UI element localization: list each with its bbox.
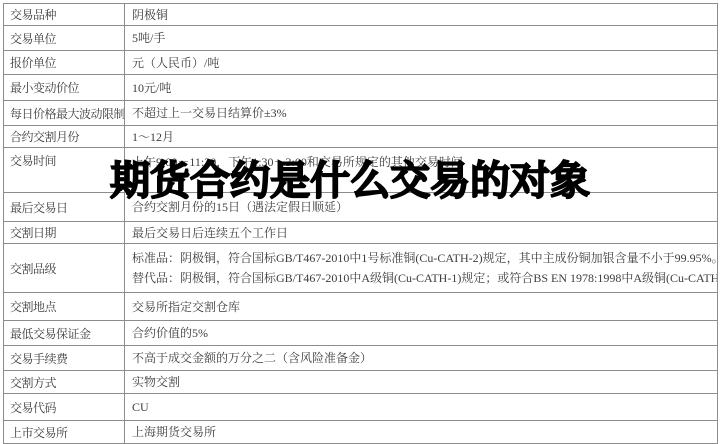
table-row: 每日价格最大波动限制不超过上一交易日结算价±3% xyxy=(4,101,718,126)
table-row: 交割方式实物交割 xyxy=(4,371,718,394)
spec-label: 交易时间 xyxy=(4,148,125,193)
table-row: 合约交割月份1～12月 xyxy=(4,126,718,148)
spec-value-line: 5吨/手 xyxy=(132,28,717,48)
spec-value-line: CU xyxy=(132,397,717,417)
spec-value: 上海期货交易所 xyxy=(125,421,718,444)
spec-value-line: 不超过上一交易日结算价±3% xyxy=(132,103,717,123)
spec-value: 实物交割 xyxy=(125,371,718,394)
table-row: 交易手续费不高于成交金额的万分之二（含风险准备金） xyxy=(4,346,718,371)
spec-value: 合约价值的5% xyxy=(125,321,718,346)
spec-label: 交割品级 xyxy=(4,244,125,293)
spec-label: 最小变动价位 xyxy=(4,75,125,101)
spec-label: 最后交易日 xyxy=(4,193,125,222)
table-row: 交易代码CU xyxy=(4,394,718,421)
spec-value-line: 不高于成交金额的万分之二（含风险准备金） xyxy=(132,348,717,368)
spec-value-line: 替代品：阴极铜，符合国标GB/T467-2010中A级铜(Cu-CATH-1)规… xyxy=(132,268,717,288)
spec-label: 交易手续费 xyxy=(4,346,125,371)
spec-value-line: 合约价值的5% xyxy=(132,323,717,343)
table-row: 上市交易所上海期货交易所 xyxy=(4,421,718,444)
spec-label: 最低交易保证金 xyxy=(4,321,125,346)
table-row: 交易品种阴极铜 xyxy=(4,4,718,26)
spec-label: 交易代码 xyxy=(4,394,125,421)
spec-label: 上市交易所 xyxy=(4,421,125,444)
table-row: 交割地点交易所指定交割仓库 xyxy=(4,293,718,321)
spec-label: 合约交割月份 xyxy=(4,126,125,148)
spec-label: 交割日期 xyxy=(4,222,125,244)
spec-value: 1～12月 xyxy=(125,126,718,148)
table-row: 交割品级标准品：阴极铜，符合国标GB/T467-2010中1号标准铜(Cu-CA… xyxy=(4,244,718,293)
spec-value-line: 1～12月 xyxy=(132,127,717,147)
spec-value-line: 上海期货交易所 xyxy=(132,422,717,442)
spec-value: 交易所指定交割仓库 xyxy=(125,293,718,321)
spec-value: CU xyxy=(125,394,718,421)
table-row: 最低交易保证金合约价值的5% xyxy=(4,321,718,346)
spec-value: 5吨/手 xyxy=(125,26,718,51)
spec-label: 交易单位 xyxy=(4,26,125,51)
spec-value-line: 元（人民币）/吨 xyxy=(132,53,717,73)
table-row: 报价单位元（人民币）/吨 xyxy=(4,51,718,75)
spec-label: 交易品种 xyxy=(4,4,125,26)
spec-label: 报价单位 xyxy=(4,51,125,75)
spec-value: 阴极铜 xyxy=(125,4,718,26)
spec-value-line: 标准品：阴极铜，符合国标GB/T467-2010中1号标准铜(Cu-CATH-2… xyxy=(132,248,717,268)
spec-value: 10元/吨 xyxy=(125,75,718,101)
spec-value: 元（人民币）/吨 xyxy=(125,51,718,75)
spec-value-line: 10元/吨 xyxy=(132,78,717,98)
spec-value-line: 阴极铜 xyxy=(132,5,717,25)
spec-value: 最后交易日后连续五个工作日 xyxy=(125,222,718,244)
table-row: 最小变动价位10元/吨 xyxy=(4,75,718,101)
spec-value: 不超过上一交易日结算价±3% xyxy=(125,101,718,126)
spec-label: 交割地点 xyxy=(4,293,125,321)
spec-label: 每日价格最大波动限制 xyxy=(4,101,125,126)
spec-label: 交割方式 xyxy=(4,371,125,394)
page: 交易品种阴极铜交易单位5吨/手报价单位元（人民币）/吨最小变动价位10元/吨每日… xyxy=(0,0,720,444)
spec-value-line: 交易所指定交割仓库 xyxy=(132,297,717,317)
spec-value: 标准品：阴极铜，符合国标GB/T467-2010中1号标准铜(Cu-CATH-2… xyxy=(125,244,718,293)
spec-value-line: 实物交割 xyxy=(132,372,717,392)
contract-table-body: 交易品种阴极铜交易单位5吨/手报价单位元（人民币）/吨最小变动价位10元/吨每日… xyxy=(4,4,718,444)
spec-value: 不高于成交金额的万分之二（含风险准备金） xyxy=(125,346,718,371)
futures-contract-spec-table: 交易品种阴极铜交易单位5吨/手报价单位元（人民币）/吨最小变动价位10元/吨每日… xyxy=(3,3,718,444)
table-row: 交割日期最后交易日后连续五个工作日 xyxy=(4,222,718,244)
spec-value-line: 最后交易日后连续五个工作日 xyxy=(132,223,717,243)
table-row: 交易单位5吨/手 xyxy=(4,26,718,51)
overlay-title: 期货合约是什么交易的对象 xyxy=(110,159,590,203)
